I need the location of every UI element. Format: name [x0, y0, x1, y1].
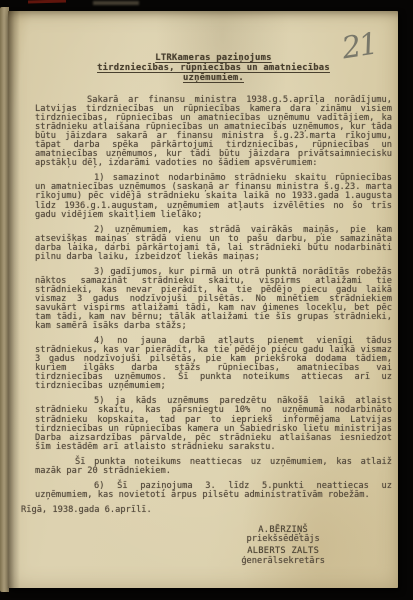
document-title: LTRKameras paziņojumstirdzniecības, rūpn… — [35, 53, 392, 83]
document-body: Sakarā ar finansu ministra 1938.g.5.aprī… — [35, 96, 392, 500]
date-line: Rīgā, 1938.gada 6.aprīlī. — [21, 506, 392, 515]
paragraph: 2) uzņēmumiem, kas strādā vairākās maiņā… — [35, 226, 392, 262]
scan-artifact-red-mark — [28, 0, 66, 3]
paragraph: Sakarā ar finansu ministra 1938.g.5.aprī… — [35, 96, 392, 168]
signature: A.BĒRZIŅŠpriekšsēdētājs — [241, 526, 325, 545]
title-line: tirdzniecības, rūpniecības un amatniecīb… — [35, 63, 392, 73]
scan-artifact-smudge — [93, 1, 139, 5]
paragraph: 5) ja kāds uzņēmums paredzētu nākošā lai… — [35, 397, 392, 451]
signature-block: A.BĒRZIŅŠpriekšsēdētājsALBERTS ZALTSģene… — [241, 526, 325, 569]
signatory-role: ģenerālsekretārs — [241, 557, 325, 567]
paragraph: 1) samazinot nodarbināmo strādnieku skai… — [35, 174, 392, 219]
scanned-document-page: 21 LTRKameras paziņojumstirdzniecības, r… — [0, 0, 413, 600]
signature: ALBERTS ZALTSģenerālsekretārs — [241, 547, 325, 566]
paragraph: 3) gadījumos, kur pirmā un otrā punktā n… — [35, 268, 392, 331]
paragraph: Šī punkta noteikums neattiecas uz uzņēmu… — [35, 458, 392, 476]
document-content: LTRKameras paziņojumstirdzniecības, rūpn… — [8, 11, 398, 588]
signatory-role: priekšsēdētājs — [241, 535, 325, 545]
title-line: LTRKameras paziņojums — [35, 53, 392, 63]
paper-sheet: 21 LTRKameras paziņojumstirdzniecības, r… — [8, 11, 398, 588]
paragraph: 6) Šī paziņojuma 3. līdz 5.punkti neatti… — [35, 482, 392, 500]
document-footer: Rīgā, 1938.gada 6.aprīlī. A.BĒRZIŅŠpriek… — [35, 506, 392, 569]
title-line: uzņēmumiem. — [35, 73, 392, 83]
paragraph: 4) no jauna darbā atļauts pieņemt vienīg… — [35, 337, 392, 391]
